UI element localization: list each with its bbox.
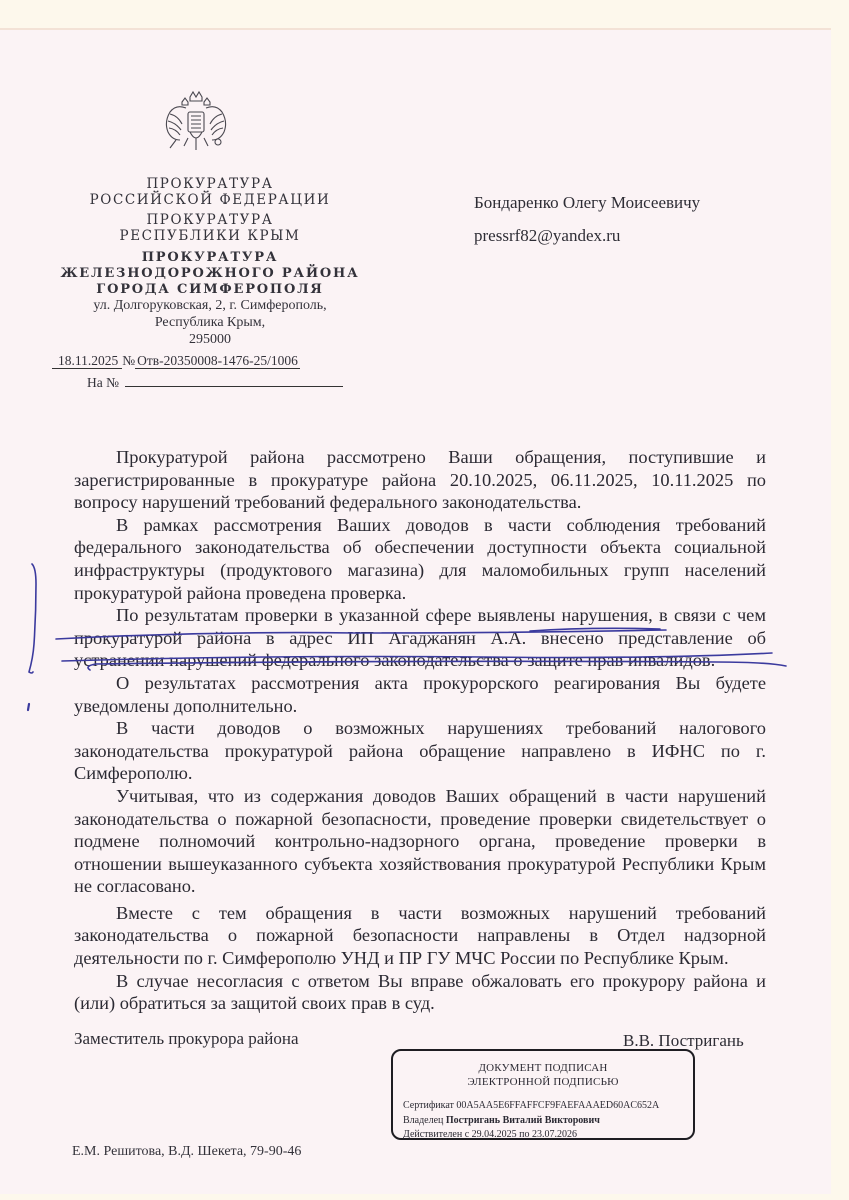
scan-edge — [0, 28, 831, 30]
letter-body: Прокуратурой района рассмотрено Ваши обр… — [74, 446, 766, 1015]
stamp-heading: ЭЛЕКТРОННОЙ ПОДПИСЬЮ — [393, 1075, 693, 1089]
org-name-bold-line: ЖЕЛЕЗНОДОРОЖНОГО РАЙОНА — [60, 266, 360, 282]
certificate-label: Сертификат — [403, 1100, 454, 1111]
outgoing-number: Отв-20350008-1476-25/1006 — [135, 353, 300, 369]
number-sign: № — [122, 353, 135, 368]
org-name-bold-line: ГОРОДА СИМФЕРОПОЛЯ — [60, 282, 360, 298]
reply-to-blank — [125, 374, 343, 387]
body-paragraph: По результатам проверки в указанной сфер… — [74, 604, 766, 672]
outgoing-reference: 18.11.2025№Отв-20350008-1476-25/1006 — [52, 353, 300, 369]
validity-label: Действителен с — [403, 1129, 469, 1140]
body-paragraph: Вместе с тем обращения в части возможных… — [74, 902, 766, 970]
electronic-signature-stamp: ДОКУМЕНТ ПОДПИСАН ЭЛЕКТРОННОЙ ПОДПИСЬЮ С… — [391, 1049, 695, 1140]
org-name-line: ПРОКУРАТУРА — [60, 177, 360, 193]
address-line: Республика Крым, — [60, 314, 360, 331]
org-name-line: ПРОКУРАТУРА — [60, 213, 360, 229]
reply-to-reference: На № — [87, 374, 343, 391]
owner-label: Владелец — [403, 1115, 443, 1126]
valid-to: 23.07.2026 — [532, 1129, 577, 1140]
validity-row: Действителен с 29.04.2025 по 23.07.2026 — [403, 1128, 693, 1143]
recipient-email: pressrf82@yandex.ru — [474, 226, 620, 246]
org-name-line: РОССИЙСКОЙ ФЕДЕРАЦИИ — [60, 193, 360, 209]
body-paragraph: Прокуратурой района рассмотрено Ваши обр… — [74, 446, 766, 514]
body-paragraph: В случае несогласия с ответом Вы вправе … — [74, 970, 766, 1015]
body-paragraph: В части доводов о возможных нарушениях т… — [74, 717, 766, 785]
signer-title: Заместитель прокурора района — [74, 1029, 299, 1049]
owner-row: Владелец Постригань Виталий Викторович — [403, 1114, 693, 1129]
stamp-heading: ДОКУМЕНТ ПОДПИСАН — [393, 1061, 693, 1075]
address-line: ул. Долгоруковская, 2, г. Симферополь, — [60, 297, 360, 314]
valid-to-label: по — [519, 1129, 529, 1140]
valid-from: 29.04.2025 — [472, 1129, 517, 1140]
address-line: 295000 — [60, 331, 360, 348]
owner-value: Постригань Виталий Викторович — [446, 1115, 600, 1126]
recipient-name: Бондаренко Олегу Моисеевичу — [474, 193, 700, 213]
coat-of-arms-icon — [160, 88, 232, 156]
body-paragraph: Учитывая, что из содержания доводов Ваши… — [74, 785, 766, 898]
org-name-line: РЕСПУБЛИКИ КРЫМ — [60, 229, 360, 245]
certificate-row: Сертификат 00A5AA5E6FFAFFCF9FAEFAAAED60A… — [403, 1099, 693, 1114]
body-paragraph: В рамках рассмотрения Ваших доводов в ча… — [74, 514, 766, 604]
org-name-bold-line: ПРОКУРАТУРА — [60, 250, 360, 266]
executor-contacts: Е.М. Решитова, В.Д. Шекета, 79-90-46 — [72, 1144, 301, 1160]
body-paragraph: О результатах рассмотрения акта прокурор… — [74, 672, 766, 717]
outgoing-date: 18.11.2025 — [52, 353, 122, 369]
reply-to-label: На № — [87, 375, 119, 390]
certificate-value: 00A5AA5E6FFAFFCF9FAEFAAAED60AC652A — [456, 1100, 659, 1111]
signer-name: В.В. Постригань — [623, 1031, 744, 1051]
